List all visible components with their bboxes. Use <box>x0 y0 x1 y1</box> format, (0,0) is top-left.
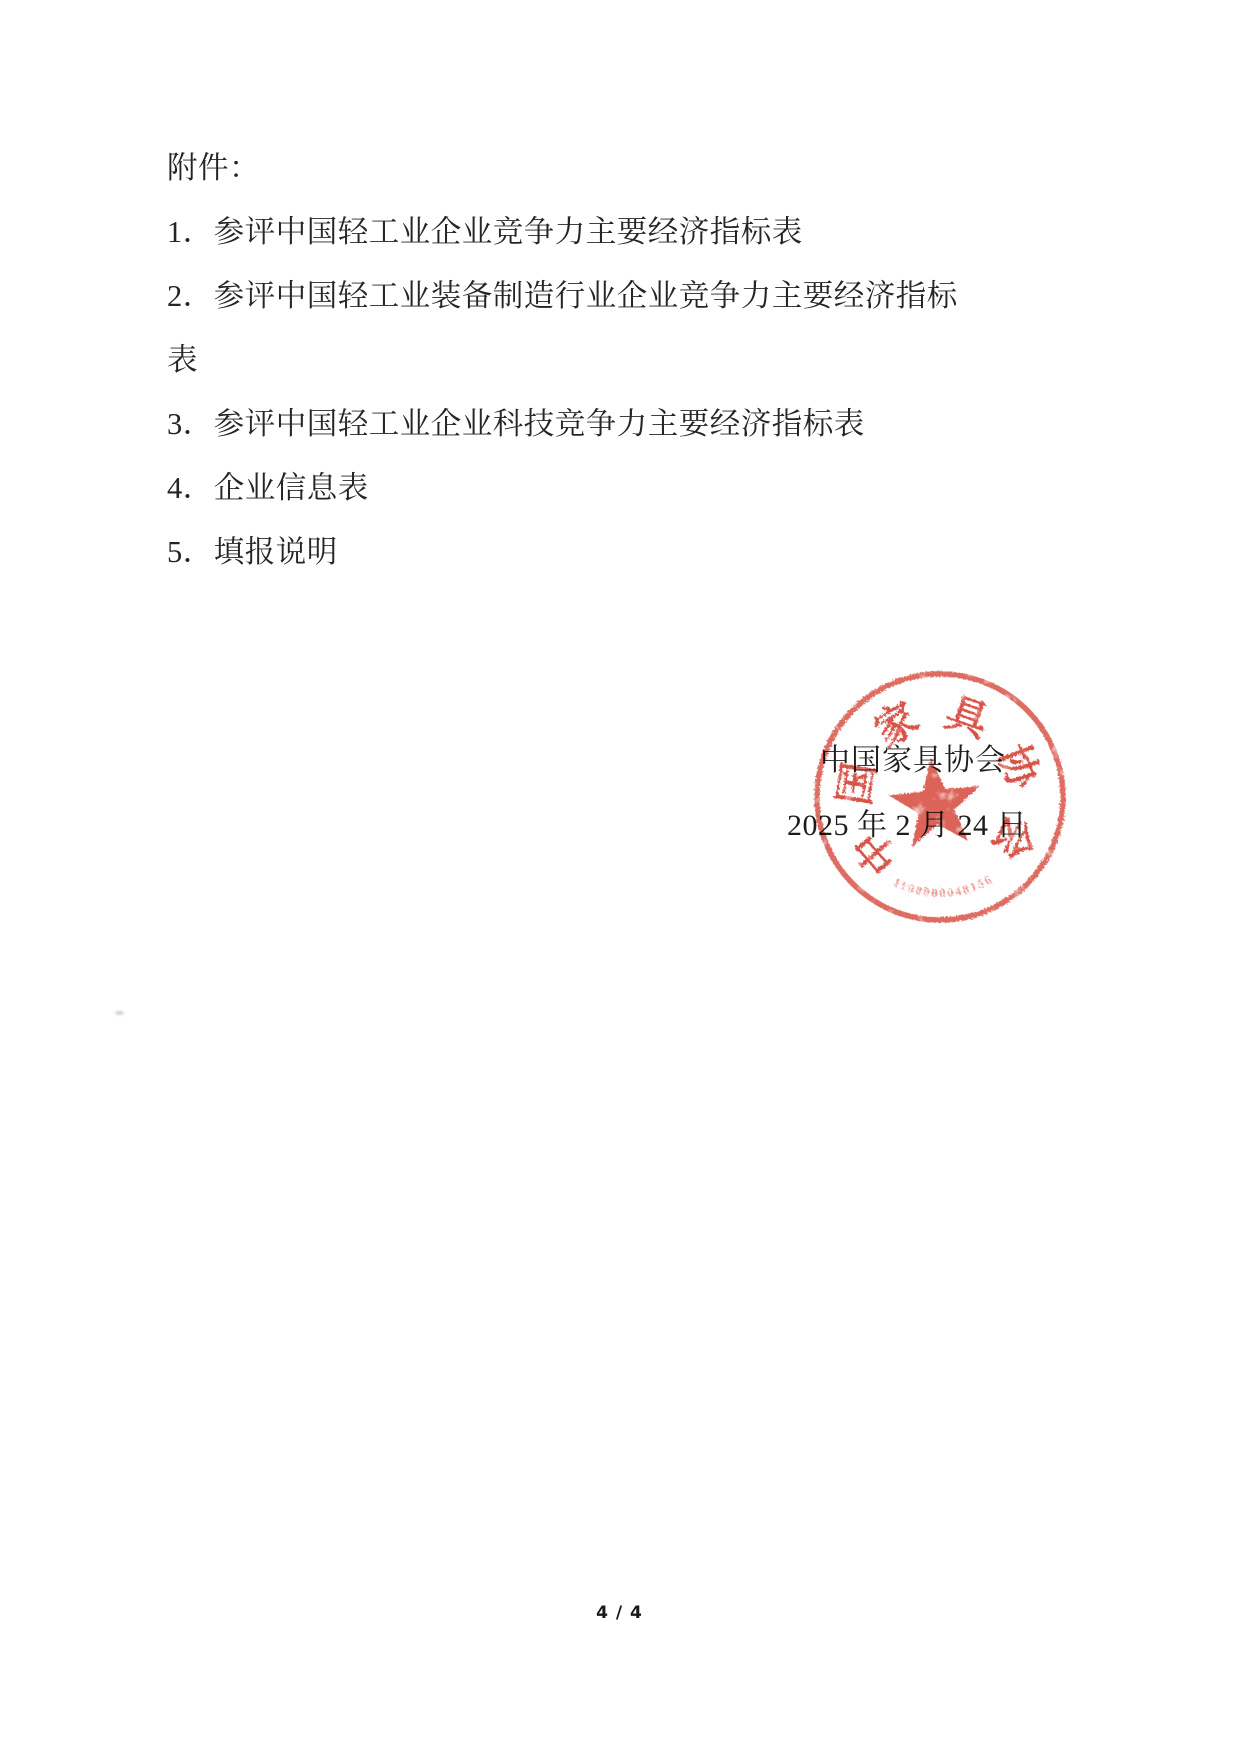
attachments-block: 附件： 1．参评中国轻工业企业竞争力主要经济指标表 2．参评中国轻工业装备制造行… <box>167 136 1017 584</box>
attachments-heading: 附件： <box>167 136 1017 200</box>
seal-serial-number: 1100000048156 <box>890 865 997 906</box>
attachment-line: 2．参评中国轻工业装备制造行业企业竞争力主要经济指标 <box>167 264 1017 328</box>
page-number: 4 / 4 <box>0 1603 1239 1623</box>
attachment-line: 3．参评中国轻工业企业科技竞争力主要经济指标表 <box>167 392 1017 456</box>
signature-date: 2025 年 2 月 24 日 <box>787 800 1027 844</box>
attachment-line-wrap: 表 <box>167 328 1017 392</box>
attachment-line: 4．企业信息表 <box>167 456 1017 520</box>
scan-artifact <box>115 1011 124 1015</box>
document-page: 附件： 1．参评中国轻工业企业竞争力主要经济指标表 2．参评中国轻工业装备制造行… <box>0 0 1239 1752</box>
official-seal: 中 国 家 具 协 会 1100000048156 <box>790 647 1090 947</box>
signature-organization: 中国家具协会 <box>820 735 1006 779</box>
seal-ring-circle <box>805 662 1075 932</box>
attachment-line: 1．参评中国轻工业企业竞争力主要经济指标表 <box>167 200 1017 264</box>
attachment-line: 5．填报说明 <box>167 520 1017 584</box>
